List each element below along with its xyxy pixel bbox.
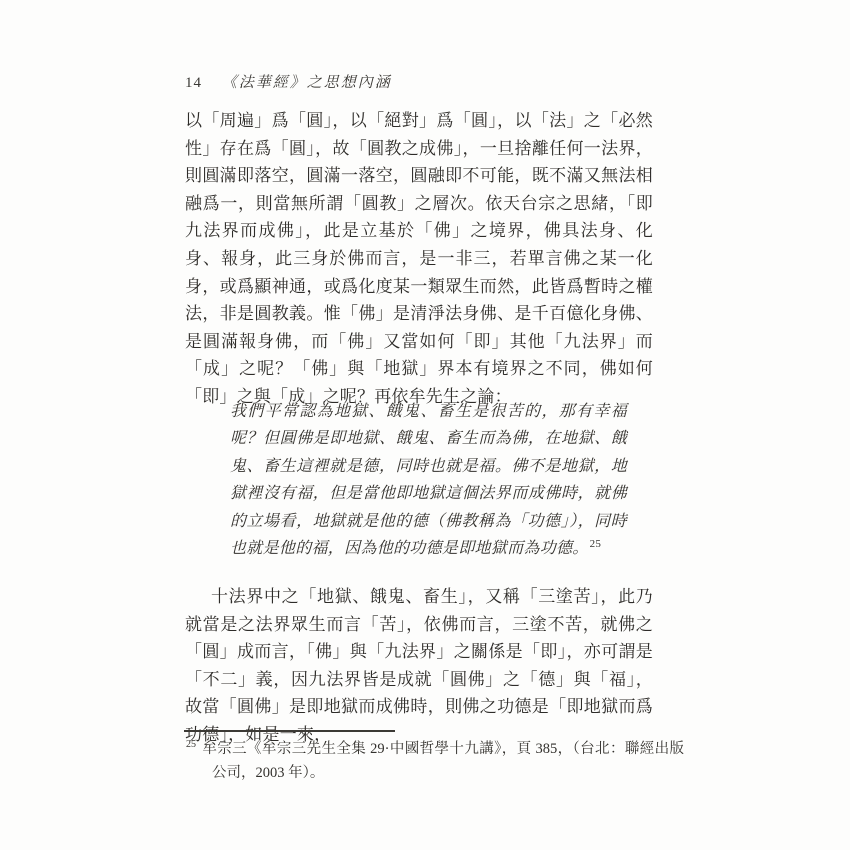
body-paragraph-1-text: 以「周遍」爲「圓」，以「絕對」爲「圓」，以「法」之「必然性」存在爲「圓」，故「圓…	[185, 111, 653, 406]
footnote-separator-rule	[184, 730, 395, 732]
blockquote-mou-zongsan: 我們平常認為地獄、餓鬼、畜生是很苦的，那有幸福呢？但圓佛是即地獄、餓鬼、畜生而為…	[230, 398, 627, 562]
body-paragraph-2: 十法界中之「地獄、餓鬼、畜生」，又稱「三塗苦」，此乃就當是之法界眾生而言「苦」，…	[185, 583, 653, 749]
footnote-number: 25	[186, 739, 196, 750]
body-paragraph-2-text: 十法界中之「地獄、餓鬼、畜生」，又稱「三塗苦」，此乃就當是之法界眾生而言「苦」，…	[185, 587, 653, 744]
footnote-marker-25: 25	[590, 538, 602, 550]
running-title: 《法華經》之思想內涵	[222, 75, 392, 91]
book-page-scan: 14 《法華經》之思想內涵 以「周遍」爲「圓」，以「絕對」爲「圓」，以「法」之「…	[0, 0, 850, 850]
page-number: 14	[185, 75, 202, 91]
footnote-citation-text: 牟宗三《牟宗三先生全集 29·中國哲學十九講》，頁 385，（台北：聯經出版公司…	[202, 741, 684, 781]
running-head: 14 《法華經》之思想內涵	[185, 71, 655, 92]
body-paragraph-1: 以「周遍」爲「圓」，以「絕對」爲「圓」，以「法」之「必然性」存在爲「圓」，故「圓…	[185, 107, 653, 411]
footnote-25: 25牟宗三《牟宗三先生全集 29·中國哲學十九講》，頁 385，（台北：聯經出版…	[185, 738, 684, 785]
blockquote-text: 我們平常認為地獄、餓鬼、畜生是很苦的，那有幸福呢？但圓佛是即地獄、餓鬼、畜生而為…	[230, 403, 627, 557]
